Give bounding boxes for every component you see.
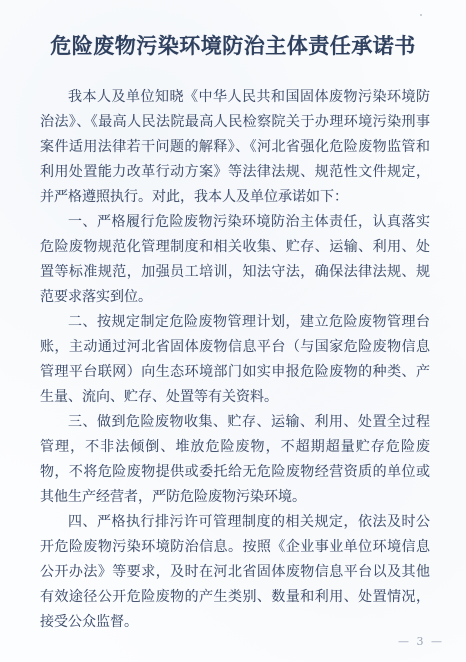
paragraph-intro: 我本人及单位知晓《中华人民共和国固体废物污染环境防治法》、《最高人民法院最高人民… (40, 85, 430, 210)
document-page: 危险废物污染环境防治主体责任承诺书 我本人及单位知晓《中华人民共和国固体废物污染… (0, 0, 466, 662)
paragraph-item-4: 四、严格执行排污许可管理制度的相关规定，依法及时公开危险废物污染环境防治信息。按… (40, 510, 430, 635)
paragraph-item-3: 三、做到危险废物收集、贮存、运输、利用、处置全过程管理，不非法倾倒、堆放危险废物… (40, 410, 430, 510)
document-body: 我本人及单位知晓《中华人民共和国固体废物污染环境防治法》、《最高人民法院最高人民… (40, 85, 430, 635)
paragraph-item-2: 二、按规定制定危险废物管理计划，建立危险废物管理台账，主动通过河北省固体废物信息… (40, 310, 430, 410)
paragraph-item-1: 一、严格履行危险废物污染环境防治主体责任，认真落实危险废物规范化管理制度和相关收… (40, 210, 430, 310)
page-number: — 3 — (398, 635, 444, 648)
scan-speck (420, 14, 422, 16)
document-title: 危险废物污染环境防治主体责任承诺书 (0, 30, 466, 60)
